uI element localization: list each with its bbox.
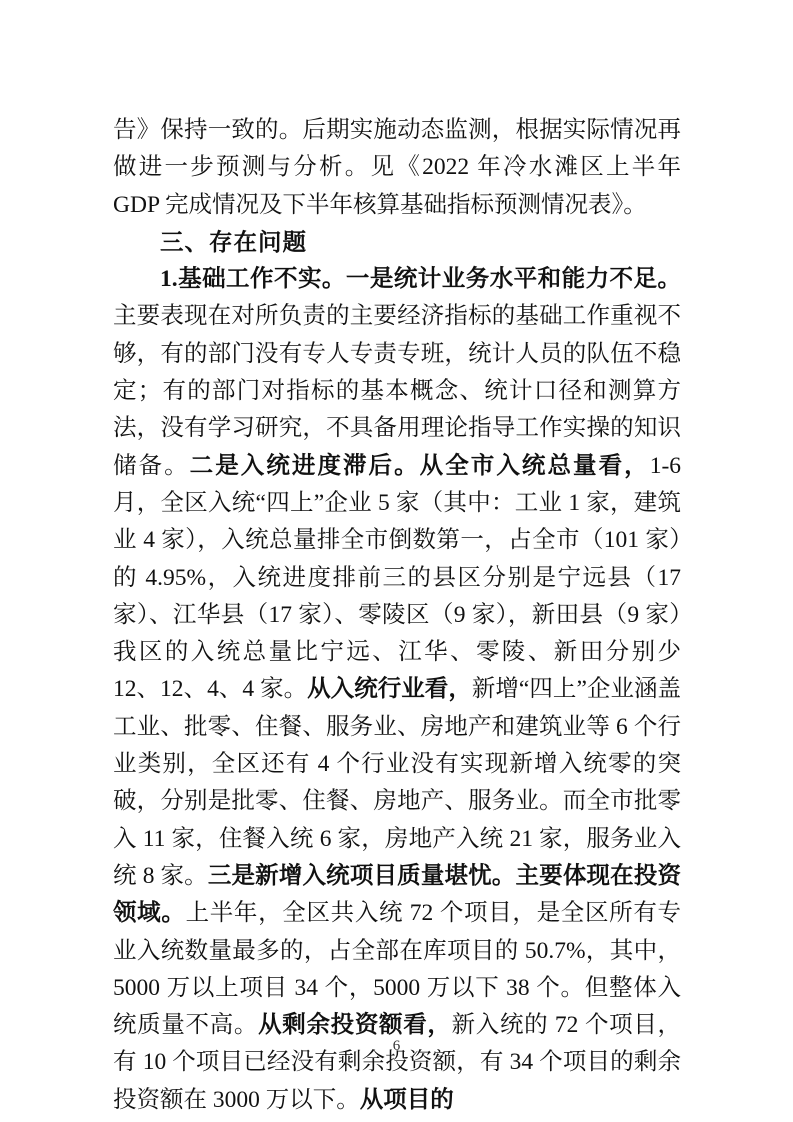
- document-page: 告》保持一致的。后期实施动态监测，根据实际情况再做进一步预测与分析。见《2022…: [0, 0, 793, 1122]
- problem-run-industry-view-body: 新增“四上”企业涵盖工业、批零、住餐、服务业、房地产和建筑业等 6 个行业类别，…: [113, 676, 681, 888]
- problem-run-entry-progress-title: 二是入统进度滞后。从全市入统总量看，: [190, 453, 650, 479]
- page-number: 6: [0, 1038, 793, 1055]
- continuation-paragraph-text: 告》保持一致的。后期实施动态监测，根据实际情况再做进一步预测与分析。见《2022…: [113, 117, 681, 218]
- document-body: 告》保持一致的。后期实施动态监测，根据实际情况再做进一步预测与分析。见《2022…: [113, 112, 681, 1119]
- section-heading: 三、存在问题: [113, 224, 681, 261]
- continuation-paragraph: 告》保持一致的。后期实施动态监测，根据实际情况再做进一步预测与分析。见《2022…: [113, 112, 681, 224]
- problem-run-basic-work-title: 1.基础工作不实。一是统计业务水平和能力不足。: [160, 266, 681, 292]
- problem-run-entry-progress-body: 1-6 月，全区入统“四上”企业 5 家（其中：工业 1 家，建筑业 4 家），…: [113, 453, 681, 703]
- problem-run-remaining-investment-title: 从剩余投资额看，: [258, 1012, 451, 1038]
- problem-run-industry-view-title: 从入统行业看，: [307, 676, 472, 702]
- problems-paragraph: 1.基础工作不实。一是统计业务水平和能力不足。主要表现在对所负责的主要经济指标的…: [113, 261, 681, 1119]
- problem-run-project-trailing-title: 从项目的: [360, 1087, 454, 1113]
